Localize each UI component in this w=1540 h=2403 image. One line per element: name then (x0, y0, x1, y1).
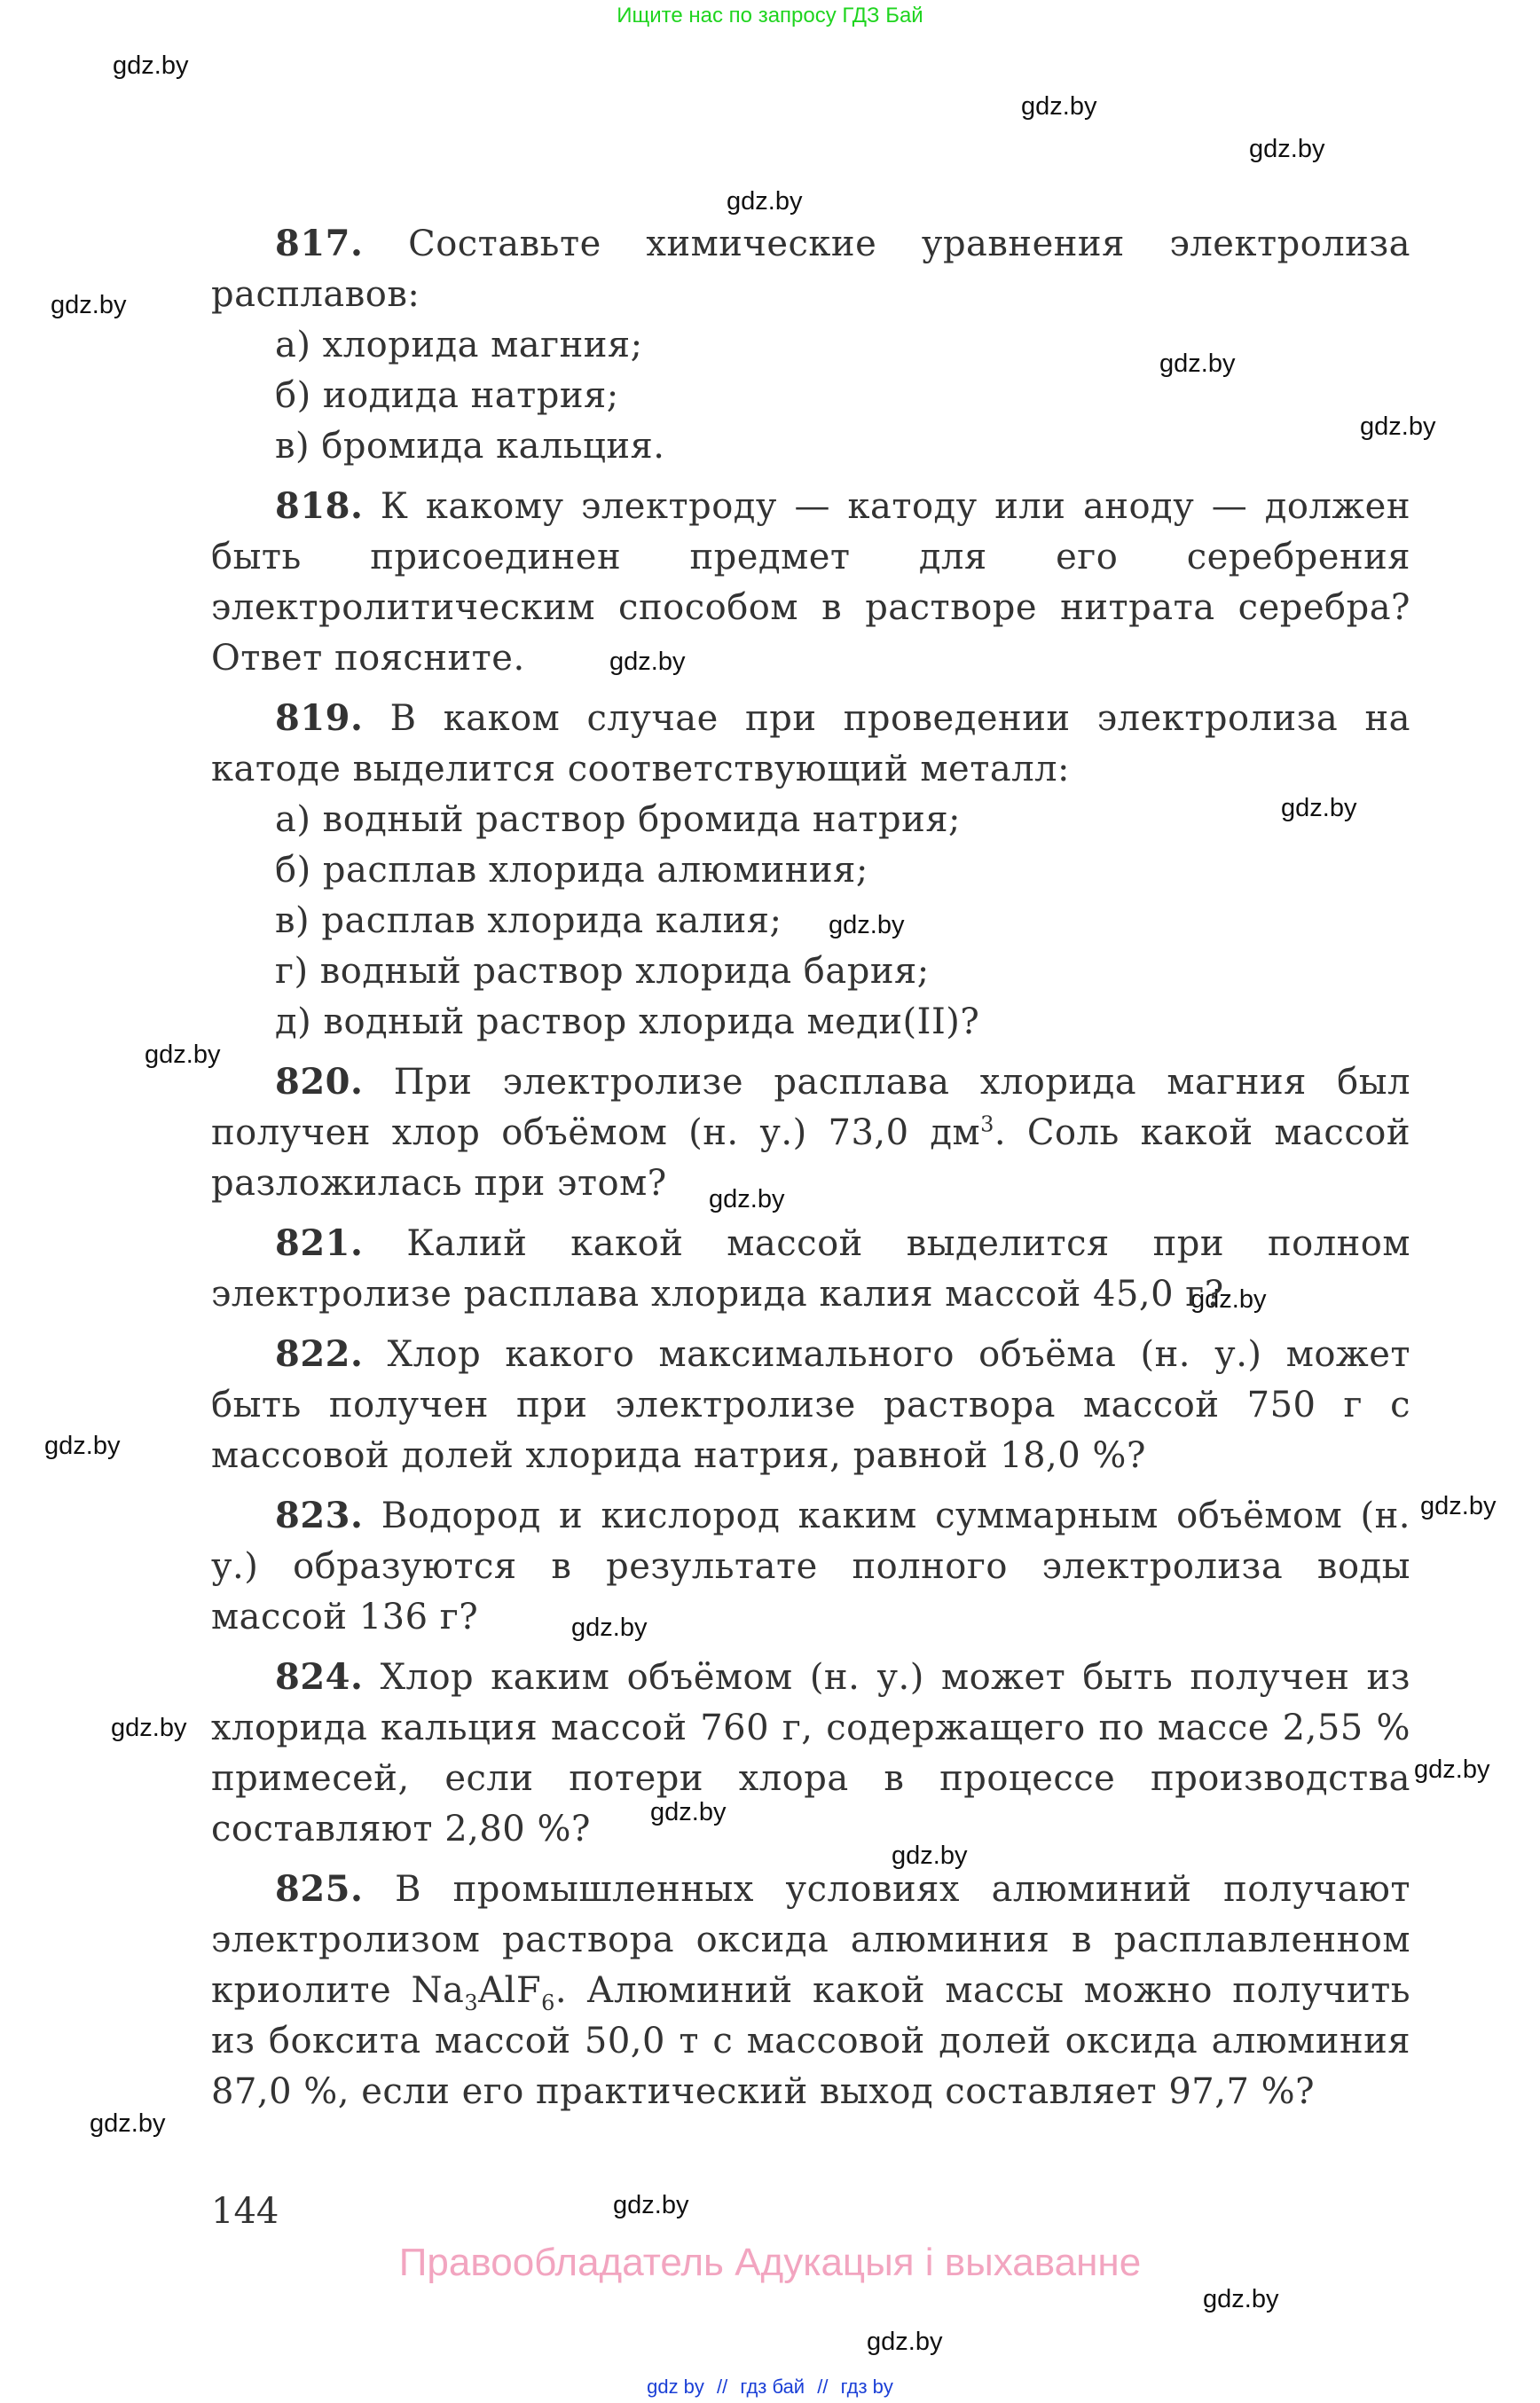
problem-820: 820. При электролизе расплава хлорида ма… (211, 1056, 1410, 1209)
watermark: gdz.by (1414, 1757, 1489, 1783)
watermark: gdz.by (113, 53, 188, 79)
problem-818: 818. К какому электроду — катоду или ано… (211, 481, 1410, 684)
problem-text: Хлор какого максимального объёма (н. у.)… (211, 1334, 1410, 1476)
copyright-notice: Правообладатель Адукацыя і выхаванне (0, 2241, 1540, 2285)
watermark: gdz.by (111, 1716, 186, 1741)
problem-823: 823. Водород и кислород каким суммарным … (211, 1490, 1410, 1643)
problem-number: 817. (275, 223, 363, 264)
watermark: gdz.by (867, 2329, 942, 2355)
footer-links: gdz by // гдз бай // гдз by (0, 2376, 1540, 2399)
sub-item: а) хлорида магния; (211, 320, 1410, 371)
sub-item: в) бромида кальция. (211, 421, 1410, 472)
superscript: 3 (980, 1112, 994, 1137)
problem-number: 825. (275, 1868, 363, 1910)
problem-824: 824. Хлор каким объёмом (н. у.) может бы… (211, 1652, 1410, 1855)
footer-separator: // (817, 2376, 828, 2398)
problem-819: 819. В каком случае при проведении элект… (211, 693, 1410, 1048)
sub-item: а) водный раствор бромида натрия; (211, 795, 1410, 845)
problem-825: 825. В промышленных условиях алюминий по… (211, 1864, 1410, 2117)
problem-822: 822. Хлор какого максимального объёма (н… (211, 1329, 1410, 1481)
problem-number: 824. (275, 1656, 363, 1698)
problem-number: 821. (275, 1222, 363, 1264)
problem-number: 819. (275, 697, 363, 739)
problem-817: 817. Составьте химические уравнения элек… (211, 218, 1410, 472)
problem-text: К какому электроду — катоду или аноду — … (211, 486, 1410, 679)
problem-number: 818. (275, 485, 363, 527)
footer-link-gdz-by[interactable]: gdz by (647, 2376, 704, 2398)
problem-821: 821. Калий какой массой выделится при по… (211, 1218, 1410, 1320)
watermark: gdz.by (1021, 94, 1096, 120)
watermark: gdz.by (1249, 137, 1324, 162)
problem-text: Составьте химические уравнения электроли… (211, 224, 1410, 315)
watermark: gdz.by (1203, 2287, 1278, 2313)
sub-item: б) иодида натрия; (211, 371, 1410, 421)
problem-text: Водород и кислород каким суммарным объём… (211, 1496, 1410, 1637)
problem-number: 823. (275, 1495, 363, 1536)
subscript: 3 (464, 1991, 478, 2015)
sub-item: д) водный раствор хлорида меди(II)? (211, 997, 1410, 1048)
watermark: gdz.by (727, 189, 802, 215)
sub-item: г) водный раствор хлорида бария; (211, 946, 1410, 997)
page-number: 144 (211, 2191, 279, 2232)
search-hint-banner: Ищите нас по запросу ГДЗ Бай (0, 4, 1540, 28)
problem-text: Калий какой массой выделится при полном … (211, 1223, 1410, 1315)
textbook-page-content: 817. Составьте химические уравнения элек… (211, 218, 1410, 2126)
problem-number: 820. (275, 1061, 363, 1103)
watermark: gdz.by (90, 2111, 165, 2137)
footer-link-gdz-bai[interactable]: гдз бай (740, 2376, 805, 2398)
problem-text: В каком случае при проведении электролиз… (211, 698, 1410, 789)
watermark: gdz.by (1420, 1494, 1496, 1520)
sub-item: б) расплав хлорида алюминия; (211, 845, 1410, 896)
sub-item: в) расплав хлорида калия; (211, 896, 1410, 946)
watermark: gdz.by (44, 1433, 120, 1459)
subscript: 6 (541, 1991, 555, 2015)
problem-text: AlF (478, 1970, 541, 2011)
watermark: gdz.by (145, 1042, 220, 1068)
footer-link-gdz-by-cyr[interactable]: гдз by (841, 2376, 893, 2398)
footer-separator: // (717, 2376, 727, 2398)
watermark: gdz.by (51, 293, 126, 318)
watermark: gdz.by (613, 2193, 688, 2218)
problem-number: 822. (275, 1333, 363, 1375)
problem-text: Хлор каким объёмом (н. у.) может быть по… (211, 1657, 1410, 1849)
